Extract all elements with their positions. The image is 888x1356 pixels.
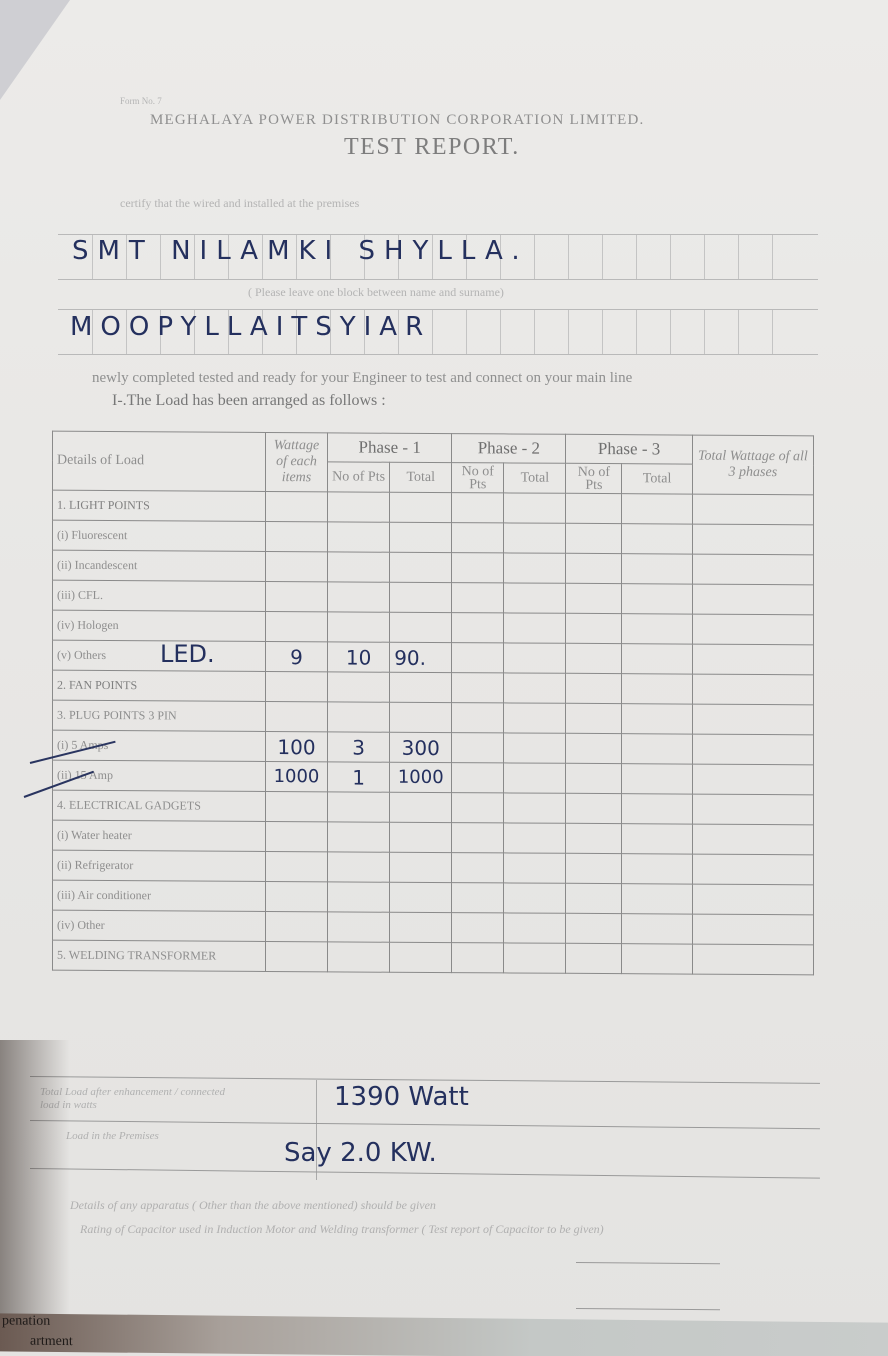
signature-line	[576, 1262, 720, 1264]
note-line-2: Rating of Capacitor used in Induction Mo…	[80, 1222, 604, 1237]
table-row: 3. PLUG POINTS 3 PIN	[53, 700, 814, 735]
p1-total-value: 1000	[390, 762, 452, 792]
wattage-value: 100	[265, 731, 327, 761]
header-p2-total: Total	[504, 463, 566, 493]
paper-sheet: Form No. 7 MEGHALAYA POWER DISTRIBUTION …	[0, 0, 888, 1356]
table-row: 2. FAN POINTS	[53, 670, 814, 705]
faded-instruction: certify that the wired and installed at …	[120, 196, 359, 211]
header-wattage: Wattage of each items	[265, 432, 327, 491]
table-row: (ii) Refrigerator	[53, 850, 814, 885]
form-reference: Form No. 7	[120, 96, 162, 106]
header-p3-pts: No of Pts	[566, 463, 622, 493]
table-row-5amp: (i) 5 Amps 100 3 300	[53, 730, 814, 765]
p1-pts-value: 1	[328, 762, 390, 792]
p1-pts-value: 10	[328, 642, 390, 672]
header-p2-pts: No of Pts	[452, 463, 504, 493]
wattage-value: 9	[265, 641, 327, 671]
handwritten-led-item: LED.	[160, 640, 215, 668]
header-p1-pts: No of Pts	[328, 462, 390, 492]
header-total-all: Total Wattage of all 3 phases	[692, 435, 813, 495]
background-text: penation	[2, 1313, 50, 1330]
header-phase2: Phase - 2	[452, 434, 566, 464]
header-p1-total: Total	[390, 462, 452, 492]
note-line-1: Details of any apparatus ( Other than th…	[70, 1198, 436, 1213]
row-label: (v) Others	[53, 640, 266, 671]
table-row: (iv) Other	[53, 910, 814, 945]
p1-pts-value: 3	[328, 732, 390, 762]
p1-total-value: 90.	[390, 642, 452, 672]
load-table: Details of Load Wattage of each items Ph…	[52, 431, 814, 976]
applicant-address: MOOPYLLAITSYIAR	[70, 312, 431, 342]
table-row: (i) Fluorescent	[53, 520, 814, 555]
page-title: TEST REPORT.	[344, 134, 520, 161]
table-row: (iii) Air conditioner	[53, 880, 814, 915]
table-row-15amp: (ii) 15 Amp 1000 1 1000	[53, 760, 814, 795]
table-row: (ii) Incandescent	[53, 550, 814, 585]
divider	[30, 1168, 820, 1179]
header-details: Details of Load	[53, 431, 266, 491]
background-text: artment	[30, 1334, 73, 1350]
intro-line: newly completed tested and ready for you…	[92, 370, 632, 387]
header-phase1: Phase - 1	[328, 433, 452, 463]
wattage-value: 1000	[265, 761, 327, 791]
sanctioned-label: Load in the Premises	[66, 1130, 159, 1142]
signature-line	[576, 1308, 720, 1310]
p1-total-value: 300	[390, 732, 452, 762]
shadow	[0, 1040, 70, 1320]
header-phase3: Phase - 3	[566, 434, 692, 464]
table-row: 4. ELECTRICAL GADGETS	[53, 790, 814, 825]
row-label: (i) 5 Amps	[53, 730, 266, 761]
table-row: (i) Water heater	[53, 820, 814, 855]
applicant-name: SMT NILAMKI SHYLLA.	[72, 236, 529, 266]
organization-name: MEGHALAYA POWER DISTRIBUTION CORPORATION…	[150, 112, 645, 129]
table-row: 1. LIGHT POINTS	[53, 490, 814, 525]
table-row: (iii) CFL.	[53, 580, 814, 615]
section-heading: I-.The Load has been arranged as follows…	[112, 392, 386, 410]
connected-load-value: 1390 Watt	[334, 1082, 469, 1112]
sanctioned-load-value: Say 2.0 KW.	[284, 1138, 437, 1168]
name-hint: ( Please leave one block between name an…	[248, 285, 504, 300]
table-row: 5. WELDING TRANSFORMER	[53, 940, 814, 975]
header-p3-total: Total	[622, 464, 692, 494]
divider	[30, 1120, 820, 1129]
